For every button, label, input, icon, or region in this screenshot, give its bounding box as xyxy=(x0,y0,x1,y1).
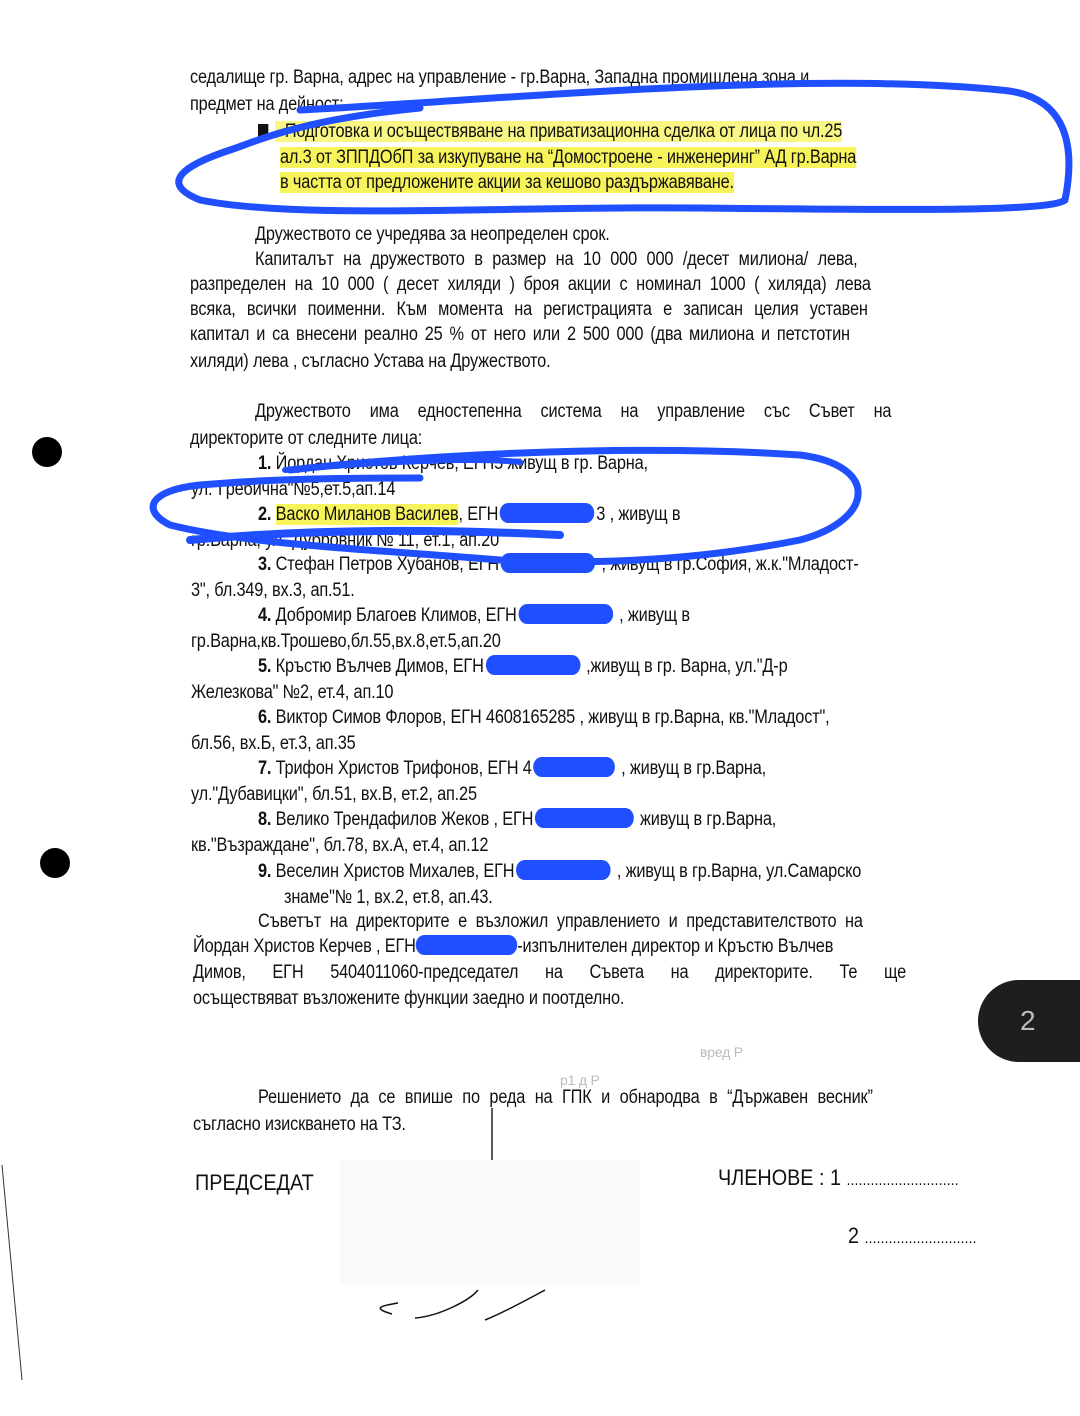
margin-line xyxy=(2,1165,22,1380)
director-number: 1. xyxy=(258,453,271,474)
decision-line-1: Решението да се впише по реда на ГПК и о… xyxy=(258,1086,873,1110)
director-name: Веселин Христов Михалев xyxy=(276,861,475,882)
redacted-egn xyxy=(416,935,517,955)
director-residence: живущ в гр. Варна, xyxy=(507,453,648,474)
director-egn-label: , ЕГН xyxy=(477,605,517,626)
director-name: Кръстю Вълчев Димов xyxy=(276,656,444,677)
delegation-role: -изпълнителен директор и Кръстю Вълчев xyxy=(517,936,833,957)
delegation-line-1: Съветът на директорите е възложил управл… xyxy=(258,910,863,934)
redacted-egn xyxy=(485,655,580,675)
signature-stroke-2 xyxy=(415,1290,478,1318)
director-residence: , живущ в гр.Варна, xyxy=(621,758,766,779)
director-egn-label: , ЕГН 4608165285 xyxy=(442,707,575,728)
activity-line-3: в частта от предложените акции за кешово… xyxy=(280,171,734,195)
redacted-stamp-area xyxy=(340,1160,640,1285)
director-row: 7. Трифон Христов Трифонов, ЕГН 4 , живу… xyxy=(258,757,766,781)
activity-text-3: в частта от предложените акции за кешово… xyxy=(280,172,734,193)
director-name: Васко Миланов Василев xyxy=(276,504,459,525)
director-egn-label: , ЕГН 4 xyxy=(479,758,532,779)
member1-signature-line: ............................ xyxy=(847,1172,959,1189)
redacted-egn xyxy=(533,757,615,777)
capital-line-4: капитал и са внесени реално 25 % от него… xyxy=(190,323,850,347)
director-egn-label: , ЕГН xyxy=(459,554,499,575)
director-residence: , живущ в гр.Варна, ул.Самарско xyxy=(617,861,861,882)
director-number: 7. xyxy=(258,758,271,779)
director-row: 8. Велико Трендафилов Жеков , ЕГН живущ … xyxy=(258,808,776,832)
director-name: Стефан Петров Хубанов xyxy=(276,554,460,575)
activity-text-2: ал.3 от ЗППДОбП за изкупуване на “Домост… xyxy=(280,147,856,168)
director-address: кв."Възраждане", бл.78, вх.А, ет.4, ап.1… xyxy=(191,834,488,858)
director-egn-label: , ЕГН xyxy=(444,656,484,677)
capital-line-1: Капиталът на дружеството в размер на 10 … xyxy=(255,248,857,272)
member2-number: 2 xyxy=(848,1223,859,1248)
director-row: 4. Добромир Благоев Климов, ЕГН , живущ … xyxy=(258,604,690,628)
director-address: гр.Варна, ул."Дубровник № 11, ет.1, ап.2… xyxy=(191,529,499,553)
decision-line-2: съгласно изискването на ТЗ. xyxy=(193,1113,406,1137)
page-number: 2 xyxy=(1020,1005,1036,1037)
director-row: 1. Йордан Христов Керчев, ЕГН5 живущ в г… xyxy=(258,452,648,476)
capital-line-2: разпределен на 10 000 ( десет хиляди ) б… xyxy=(190,273,871,297)
director-name: Добромир Благоев Климов xyxy=(276,605,477,626)
delegation-name: Йордан Христов Керчев , ЕГН xyxy=(193,936,416,957)
member-2-line: 2 ............................ xyxy=(848,1223,977,1252)
document-page: седалище гр. Варна, адрес на управление … xyxy=(0,0,1080,1416)
member2-signature-line: ............................ xyxy=(865,1230,977,1247)
signature-stroke-1 xyxy=(380,1303,398,1314)
director-residence: , живущ в гр.Варна, кв."Младост", xyxy=(579,707,829,728)
director-name: Йордан Христов Керчев xyxy=(276,453,455,474)
director-number: 2. xyxy=(258,504,271,525)
director-number: 6. xyxy=(258,707,271,728)
director-number: 9. xyxy=(258,861,271,882)
capital-line-3: всяка, всички поименни. Към момента на р… xyxy=(190,298,868,322)
director-residence: ,живущ в гр. Варна, ул."Д-р xyxy=(586,656,787,677)
director-address: гр.Варна,кв.Трошево,бл.55,вх.8,ет.5,ап.2… xyxy=(191,630,501,654)
director-residence: , живущ в гр.София, ж.к."Младост- xyxy=(601,554,858,575)
activity-line-1: - Подготовка и осъществяване на приватиз… xyxy=(258,120,842,144)
members-label: ЧЛЕНОВЕ : 1 ............................ xyxy=(718,1165,959,1194)
redacted-egn xyxy=(535,808,634,828)
director-address: Железкова" №2, ет.4, ап.10 xyxy=(191,681,393,705)
director-egn-suffix: 5 xyxy=(494,453,503,474)
director-row: 3. Стефан Петров Хубанов, ЕГН , живущ в … xyxy=(258,553,859,577)
director-egn-label: , ЕГН xyxy=(475,861,515,882)
faded-text-1: вред Р xyxy=(700,1040,743,1064)
director-egn-label: , ЕГН xyxy=(489,809,533,830)
activity-line-2: ал.3 от ЗППДОбП за изкупуване на “Домост… xyxy=(280,146,856,170)
director-egn-label: , ЕГН xyxy=(454,453,494,474)
intro-line-2: предмет на дейност: xyxy=(190,93,343,117)
members-label-text: ЧЛЕНОВЕ : 1 xyxy=(718,1165,841,1190)
punch-hole-bottom xyxy=(40,848,70,878)
director-row: 9. Веселин Христов Михалев, ЕГН , живущ … xyxy=(258,860,861,884)
director-row: 2. Васко Миланов Василев, ЕГН3 , живущ в xyxy=(258,503,680,527)
square-bullet-icon xyxy=(258,124,268,138)
director-name: Трифон Христов Трифонов xyxy=(276,758,479,779)
director-address: знаме"№ 1, вх.2, ет.8, ап.43. xyxy=(284,886,493,910)
director-number: 4. xyxy=(258,605,271,626)
director-row: 6. Виктор Симов Флоров, ЕГН 4608165285 ,… xyxy=(258,706,830,730)
redacted-egn xyxy=(501,553,596,573)
term-line: Дружеството се учредява за неопределен с… xyxy=(255,223,610,247)
delegation-line-2: Йордан Христов Керчев , ЕГН-изпълнителен… xyxy=(193,935,833,959)
delegation-line-4: осъществяват възложените функции заедно … xyxy=(193,987,624,1011)
director-residence: , живущ в xyxy=(610,504,681,525)
director-number: 3. xyxy=(258,554,271,575)
director-number: 8. xyxy=(258,809,271,830)
director-address: ул."Дубавицки", бл.51, вх.В, ет.2, ап.25 xyxy=(191,783,477,807)
board-intro-line-1: Дружеството има едностепенна система на … xyxy=(255,400,891,424)
redacted-egn xyxy=(518,604,613,624)
director-address: 3", бл.349, вх.3, ап.51. xyxy=(191,579,355,603)
delegation-line-3: Димов, ЕГН 5404011060-председател на Съв… xyxy=(193,961,906,985)
director-residence: живущ в гр.Варна, xyxy=(640,809,776,830)
board-intro-line-2: директорите от следните лица: xyxy=(190,427,422,451)
activity-text-1: - Подготовка и осъществяване на приватиз… xyxy=(275,121,842,142)
signature-stroke-3 xyxy=(485,1290,545,1320)
redacted-egn xyxy=(516,860,611,880)
director-number: 5. xyxy=(258,656,271,677)
director-egn-suffix: 3 xyxy=(596,504,605,525)
intro-line-1: седалище гр. Варна, адрес на управление … xyxy=(190,66,1059,90)
director-address: ул."Гребична"№5,ет.5,ап.14 xyxy=(191,478,395,502)
redacted-egn xyxy=(500,503,595,523)
director-row: 5. Кръстю Вълчев Димов, ЕГН ,живущ в гр.… xyxy=(258,655,788,679)
capital-line-5: хиляди) лева , съгласно Устава на Дружес… xyxy=(190,350,550,374)
chairman-label: ПРЕДСЕДАТ xyxy=(195,1170,314,1196)
director-name: Виктор Симов Флоров xyxy=(276,707,442,728)
director-address: бл.56, вх.Б, ет.3, ап.35 xyxy=(191,732,356,756)
director-name: Велико Трендафилов Жеков xyxy=(276,809,489,830)
director-residence: , живущ в xyxy=(619,605,690,626)
director-egn-label: , ЕГН xyxy=(458,504,498,525)
punch-hole-top xyxy=(32,437,62,467)
page-indicator-badge: 2 xyxy=(978,980,1080,1062)
